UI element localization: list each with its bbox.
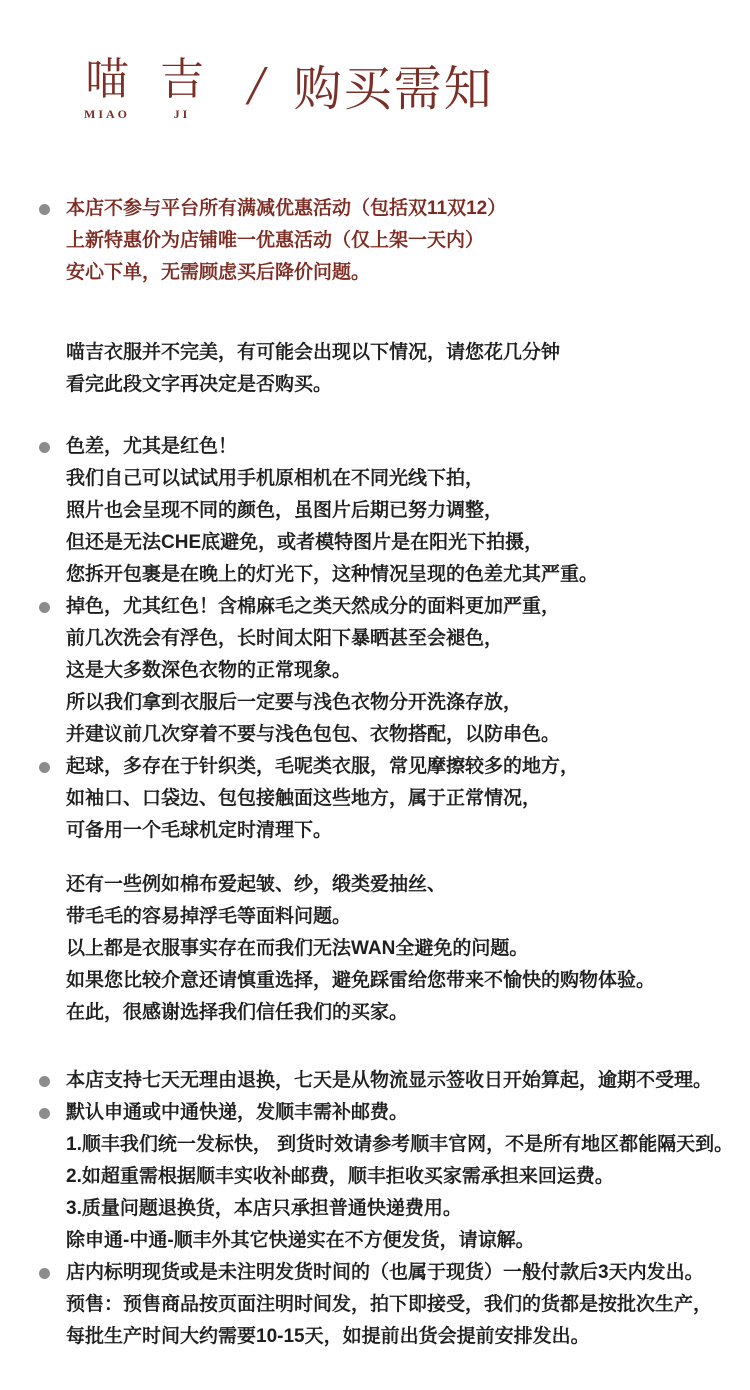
logo-char-miao: 喵 MIAO: [84, 58, 130, 122]
text-line: 看完此段文字再决定是否购买。: [66, 369, 740, 401]
text-line: 本店不参与平台所有满减优惠活动（包括双11双12）: [66, 193, 740, 225]
text-line: 3.质量问题退换货，本店只承担普通快递费用。: [66, 1193, 740, 1225]
text-line: 前几次洗会有浮色，长时间太阳下暴晒甚至会褪色，: [66, 623, 740, 655]
logo-latin: JI: [174, 107, 191, 122]
text-line: 还有一些例如棉布爱起皱、纱，缎类爱抽丝、: [66, 869, 740, 901]
text-line: 这是大多数深色衣物的正常现象。: [66, 655, 740, 687]
text-line: 上新特惠价为店铺唯一优惠活动（仅上架一天内）: [66, 225, 740, 257]
text-line: 起球，多存在于针织类，毛呢类衣服，常见摩擦较多的地方，: [66, 751, 740, 783]
fading-item: 掉色，尤其红色！含棉麻毛之类天然成分的面料更加严重， 前几次洗会有浮色，长时间太…: [0, 591, 750, 751]
bullet-dot: [39, 602, 50, 613]
text-line: 安心下单，无需顾虑买后降价问题。: [66, 257, 740, 289]
logo-char: 吉: [160, 58, 204, 102]
promo-notice-section: 本店不参与平台所有满减优惠活动（包括双11双12） 上新特惠价为店铺唯一优惠活动…: [0, 193, 750, 289]
text-line: 除申通-中通-顺丰外其它快递实在不方便发货，请谅解。: [66, 1225, 740, 1257]
logo-latin: MIAO: [84, 107, 130, 122]
bullet-dot: [39, 1108, 50, 1119]
text-line: 2.如超重需根据顺丰实收补邮费，顺丰拒收买家需承担来回运费。: [66, 1161, 740, 1193]
text-line: 默认申通或中通快递，发顺丰需补邮费。: [66, 1097, 740, 1129]
text-line: 店内标明现货或是未注明发货时间的（也属于现货）一般付款后3天内发出。: [66, 1257, 740, 1289]
return-policy-item: 本店支持七天无理由退换，七天是从物流显示签收日开始算起，逾期不受理。: [0, 1065, 750, 1097]
shipping-policy-item: 默认申通或中通快递，发顺丰需补邮费。 1.顺丰我们统一发标快， 到货时效请参考顺…: [0, 1097, 750, 1257]
bullet-dot: [39, 1076, 50, 1087]
text-line: 1.顺丰我们统一发标快， 到货时效请参考顺丰官网，不是所有地区都能隔天到。: [66, 1129, 740, 1161]
text-line: 并建议前几次穿着不要与浅色包包、衣物搭配，以防串色。: [66, 719, 740, 751]
logo-char-ji: 吉 JI: [160, 58, 204, 122]
text-line: 每批生产时间大约需要10-15天，如提前出货会提前安排发出。: [66, 1321, 740, 1353]
slash-separator: /: [248, 58, 264, 114]
text-line: 喵吉衣服并不完美，有可能会出现以下情况，请您花几分钟: [66, 337, 740, 369]
fabric-issues-paragraph: 还有一些例如棉布爱起皱、纱，缎类爱抽丝、 带毛毛的容易掉浮毛等面料问题。 以上都…: [0, 869, 750, 1029]
text-line: 我们自己可以试试用手机原相机在不同光线下拍，: [66, 463, 740, 495]
text-line: 但还是无法CHE底避免，或者模特图片是在阳光下拍摄，: [66, 527, 740, 559]
bullet-dot: [39, 204, 50, 215]
color-difference-item: 色差，尤其是红色！ 我们自己可以试试用手机原相机在不同光线下拍， 照片也会呈现不…: [0, 431, 750, 591]
page-header: 喵 MIAO 吉 JI / 购买需知: [0, 0, 750, 122]
bullet-dot: [39, 762, 50, 773]
text-line: 预售：预售商品按页面注明时间发，拍下即接受，我们的货都是按批次生产，: [66, 1289, 740, 1321]
text-line: 照片也会呈现不同的颜色，虽图片后期已努力调整，: [66, 495, 740, 527]
text-line: 掉色，尤其红色！含棉麻毛之类天然成分的面料更加严重，: [66, 591, 740, 623]
delivery-time-item: 店内标明现货或是未注明发货时间的（也属于现货）一般付款后3天内发出。 预售：预售…: [0, 1257, 750, 1353]
bullet-dot: [39, 442, 50, 453]
text-line: 所以我们拿到衣服后一定要与浅色衣物分开洗涤存放，: [66, 687, 740, 719]
text-line: 您拆开包裹是在晚上的灯光下，这种情况呈现的色差尤其严重。: [66, 559, 740, 591]
text-line: 以上都是衣服事实存在而我们无法WAN全避免的问题。: [66, 933, 740, 965]
purchase-notes-page: { "colors": { "brand_red": "#7b2f27", "b…: [0, 0, 750, 1390]
text-line: 如果您比较介意还请慎重选择，避免踩雷给您带来不愉快的购物体验。: [66, 965, 740, 997]
shop-logo: 喵 MIAO 吉 JI: [84, 58, 204, 122]
text-line: 可备用一个毛球机定时清理下。: [66, 815, 740, 847]
text-line: 带毛毛的容易掉浮毛等面料问题。: [66, 901, 740, 933]
text-line: 如袖口、口袋边、包包接触面这些地方，属于正常情况，: [66, 783, 740, 815]
text-line: 色差，尤其是红色！: [66, 431, 740, 463]
text-line: 本店支持七天无理由退换，七天是从物流显示签收日开始算起，逾期不受理。: [66, 1065, 740, 1097]
pilling-item: 起球，多存在于针织类，毛呢类衣服，常见摩擦较多的地方， 如袖口、口袋边、包包接触…: [0, 751, 750, 847]
text-line: 在此，很感谢选择我们信任我们的买家。: [66, 997, 740, 1029]
imperfection-intro-paragraph: 喵吉衣服并不完美，有可能会出现以下情况，请您花几分钟 看完此段文字再决定是否购买…: [0, 337, 750, 401]
logo-char: 喵: [85, 58, 129, 102]
page-title: 购买需知: [294, 66, 494, 114]
bullet-dot: [39, 1268, 50, 1279]
